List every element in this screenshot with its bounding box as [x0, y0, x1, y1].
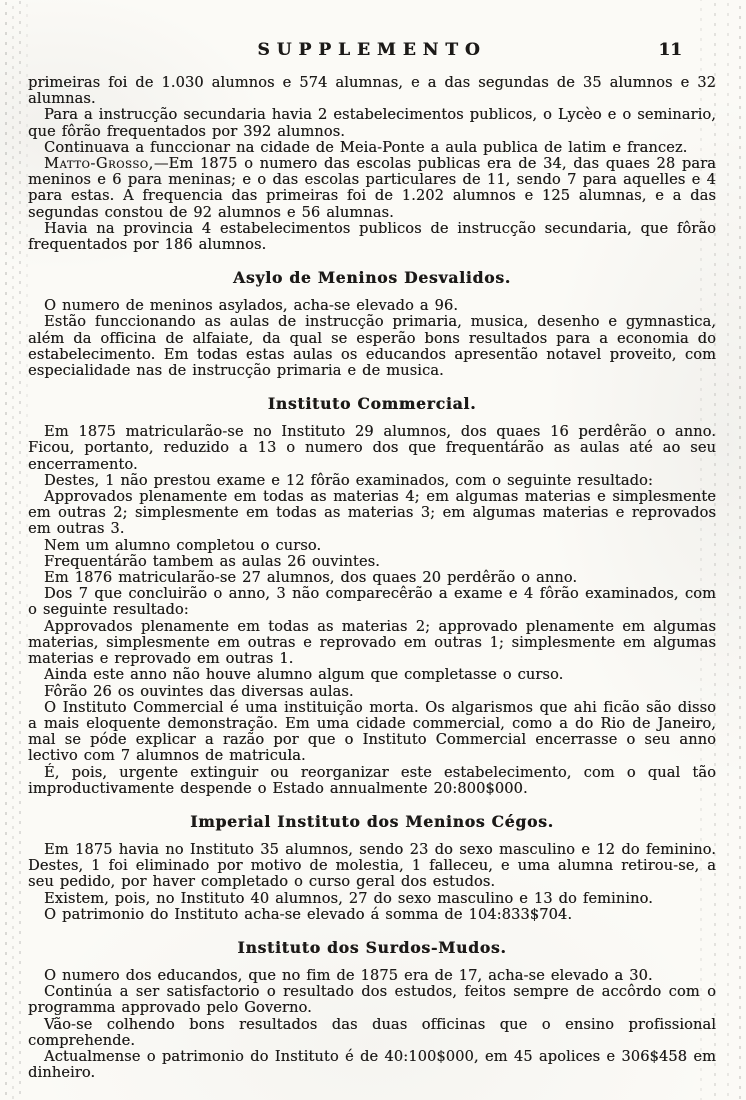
section-instituto-commercial: Instituto Commercial. Em 1875 matricular…	[28, 394, 716, 797]
document-page: SUPPLEMENTO 11 primeiras foi de 1.030 al…	[0, 0, 746, 1100]
paragraph: Actualmense o patrimonio do Instituto é …	[28, 1049, 716, 1081]
scan-artifact-line	[727, 0, 729, 1100]
paragraph: Frequentárão tambem as aulas 26 ouvintes…	[28, 554, 716, 570]
page-number: 11	[658, 40, 682, 60]
paragraph: Em 1875 havia no Instituto 35 alumnos, s…	[28, 842, 716, 891]
paragraph: Dos 7 que concluirão o anno, 3 não compa…	[28, 586, 716, 618]
paragraph: Em 1875 matricularão-se no Instituto 29 …	[28, 424, 716, 473]
province-name: Matto-Grosso,	[44, 155, 154, 172]
section-instituto-meninos-cegos: Imperial Instituto dos Meninos Cégos. Em…	[28, 812, 716, 923]
section-heading: Instituto Commercial.	[28, 394, 716, 413]
paragraph: Estão funccionando as aulas de instrucçã…	[28, 314, 716, 379]
paragraph: O numero dos educandos, que no fim de 18…	[28, 968, 716, 984]
paragraph: Havia na provincia 4 estabelecimentos pu…	[28, 221, 716, 253]
paragraph: primeiras foi de 1.030 alumnos e 574 alu…	[28, 75, 716, 107]
page-header: SUPPLEMENTO 11	[28, 40, 716, 62]
paragraph: Para a instrucção secundaria havia 2 est…	[28, 107, 716, 139]
paragraph: Approvados plenamente em todas as materi…	[28, 619, 716, 668]
journal-title: SUPPLEMENTO	[28, 40, 716, 60]
paragraph: É, pois, urgente extinguir ou reorganiza…	[28, 765, 716, 797]
scan-artifact-line	[12, 0, 14, 1100]
paragraph: O numero de meninos asylados, acha-se el…	[28, 298, 716, 314]
paragraph: Approvados plenamente em todas as materi…	[28, 489, 716, 538]
section-heading: Asylo de Meninos Desvalidos.	[28, 268, 716, 287]
paragraph: O patrimonio do Instituto acha-se elevad…	[28, 907, 716, 923]
paragraph: Em 1876 matricularão-se 27 alumnos, dos …	[28, 570, 716, 586]
scan-artifact-line	[5, 0, 7, 1100]
paragraph: Ainda este anno não houve alumno algum q…	[28, 667, 716, 683]
section-asylo-meninos-desvalidos: Asylo de Meninos Desvalidos. O numero de…	[28, 268, 716, 379]
section-heading: Imperial Instituto dos Meninos Cégos.	[28, 812, 716, 831]
section-continuation: primeiras foi de 1.030 alumnos e 574 alu…	[28, 75, 716, 253]
paragraph: Nem um alumno completou o curso.	[28, 538, 716, 554]
paragraph: Matto-Grosso,—Em 1875 o numero das escol…	[28, 156, 716, 221]
scan-artifact-line	[19, 0, 21, 1100]
paragraph: O Instituto Commercial é uma instituição…	[28, 700, 716, 765]
paragraph: Fôrão 26 os ouvintes das diversas aulas.	[28, 684, 716, 700]
paragraph: Existem, pois, no Instituto 40 alumnos, …	[28, 891, 716, 907]
scan-artifact-line	[739, 0, 741, 1100]
section-instituto-surdos-mudos: Instituto dos Surdos-Mudos. O numero dos…	[28, 938, 716, 1081]
paragraph: Destes, 1 não prestou exame e 12 fôrão e…	[28, 473, 716, 489]
paragraph: Continuava a funccionar na cidade de Mei…	[28, 140, 716, 156]
paragraph: Vão-se colhendo bons resultados das duas…	[28, 1017, 716, 1049]
paragraph: Continúa a ser satisfactorio o resultado…	[28, 984, 716, 1016]
page-content: SUPPLEMENTO 11 primeiras foi de 1.030 al…	[28, 40, 716, 1081]
body-text: primeiras foi de 1.030 alumnos e 574 alu…	[28, 75, 716, 1081]
section-heading: Instituto dos Surdos-Mudos.	[28, 938, 716, 957]
